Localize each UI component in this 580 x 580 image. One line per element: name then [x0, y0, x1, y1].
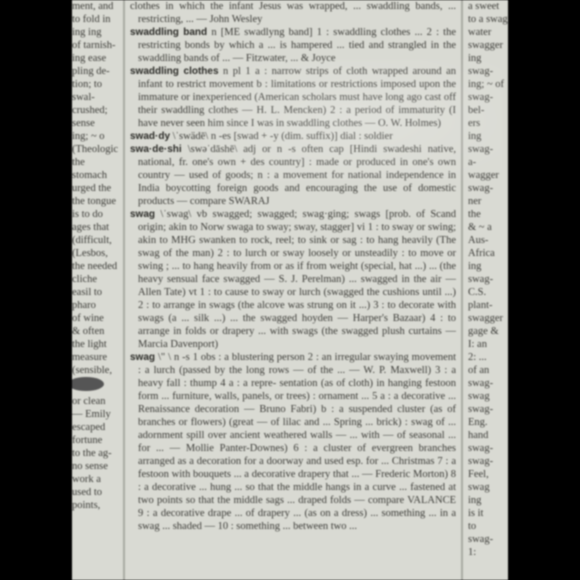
right-column-line: hand — [468, 429, 508, 442]
left-column-line: (Theological — [72, 143, 118, 156]
left-column-line: of tarnish- — [72, 39, 118, 52]
left-column-line: ages that — [72, 221, 118, 234]
right-column-line: swag- — [468, 455, 508, 468]
entry-headword: swad·dy — [130, 131, 170, 142]
left-column-line: fortune — [72, 434, 118, 447]
left-column-line: tion; to — [72, 78, 118, 91]
right-column-line: ing — [468, 130, 508, 143]
entry-definition: clothes in which the infant Jesus was wr… — [130, 1, 456, 25]
right-column-line: water — [468, 26, 508, 39]
left-column-line: ing; ~ o — [72, 130, 118, 143]
left-column-line: stomach — [72, 169, 118, 182]
left-column-line: (sensible, — [72, 364, 118, 377]
entry-definition: \ˈswädē\ n -es [swad + -y (dim. suffix)]… — [173, 131, 393, 142]
right-column-line: Aus- — [468, 234, 508, 247]
column-divider-left — [123, 0, 125, 580]
left-column-line: easil to — [72, 286, 118, 299]
right-column-line: ner — [468, 195, 508, 208]
left-column-line: the tongue — [72, 195, 118, 208]
right-column-line: Africa — [468, 247, 508, 260]
dictionary-entry: swag \" \ n -s 1 obs : a blustering pers… — [130, 351, 456, 533]
right-column-line: swag- — [468, 377, 508, 390]
left-column-line: the — [72, 156, 118, 169]
right-column-line: ers — [468, 117, 508, 130]
right-column-line: I: an — [468, 338, 508, 351]
entry-headword: swaddling band — [130, 27, 207, 38]
right-column-line: swag- — [468, 91, 508, 104]
left-column-line: — Emily — [72, 408, 118, 421]
dictionary-entry: swaddling clothes n pl 1 a : narrow stri… — [130, 65, 456, 130]
right-column-line: the — [468, 208, 508, 221]
right-column-line: to — [468, 520, 508, 533]
left-column-line: the needed — [72, 260, 118, 273]
left-column-line: escaped — [72, 421, 118, 434]
right-column-line: 1: — [468, 546, 508, 559]
left-column-line: urged the — [72, 182, 118, 195]
left-column-line: of wine — [72, 312, 118, 325]
right-column-line: swagger — [468, 312, 508, 325]
right-column-line: a sweet — [468, 0, 508, 13]
left-column-line: swal- — [72, 91, 118, 104]
right-column-line: wagger — [468, 169, 508, 182]
left-column-line: measure — [72, 351, 118, 364]
right-column-line: plant- — [468, 299, 508, 312]
left-column-line: is to do — [72, 208, 118, 221]
left-column-line: to fold in — [72, 13, 118, 26]
left-column-line: cliche — [72, 273, 118, 286]
right-column-line: is it — [468, 507, 508, 520]
right-column-line: bel- — [468, 104, 508, 117]
dictionary-entry: swad·dy \ˈswädē\ n -es [swad + -y (dim. … — [130, 130, 456, 143]
left-column-line: ing ease — [72, 52, 118, 65]
left-column-line: work a — [72, 473, 118, 486]
left-column-line: pharo — [72, 299, 118, 312]
right-column-line: ing; ~ of — [468, 78, 508, 91]
left-column-line: ment, and — [72, 0, 118, 13]
right-column-line: of an — [468, 364, 508, 377]
dictionary-entry: swaddling band n [ME swadlyng band] 1 : … — [130, 26, 456, 65]
dictionary-entry: swa·de·shi \swəˈdāshē\ adj or n -s often… — [130, 143, 456, 208]
right-column-line: swag — [468, 481, 508, 494]
right-column-line: gage & — [468, 325, 508, 338]
right-column-line: & ~ a — [468, 221, 508, 234]
right-column-line: 2: ... — [468, 351, 508, 364]
right-column-line: swag — [468, 390, 508, 403]
oval-mark-icon — [72, 377, 104, 391]
dictionary-entry: swag \ˈswag\ vb swagged; swagged; swag·g… — [130, 208, 456, 351]
right-column-line: swag- — [468, 403, 508, 416]
right-column-line: swag- — [468, 442, 508, 455]
right-column-line: C.S. — [468, 286, 508, 299]
entry-definition: \ˈswag\ vb swagged; swagged; swag·ging; … — [138, 209, 456, 350]
right-column-line: ing — [468, 260, 508, 273]
right-column-line: swag- — [468, 273, 508, 286]
left-column-line: ing ing — [72, 26, 118, 39]
right-column-line: ing — [468, 494, 508, 507]
left-column-line: & often — [72, 325, 118, 338]
left-column-line: crushed; — [72, 104, 118, 117]
left-column-line: pling de- — [72, 65, 118, 78]
right-column-line: swagger — [468, 39, 508, 52]
middle-column: clothes in which the infant Jesus was wr… — [130, 0, 456, 580]
right-column-line: ing — [468, 52, 508, 65]
dictionary-page: ment, andto fold ining ingof tarnish-ing… — [72, 0, 508, 580]
left-column-line: the light — [72, 338, 118, 351]
left-column-line: or clean — [72, 395, 118, 408]
left-column-line: used to — [72, 486, 118, 499]
right-column-line: swag- — [468, 143, 508, 156]
right-column-line: swag- — [468, 65, 508, 78]
left-column-line: no sense — [72, 460, 118, 473]
left-column-line: (difficult, — [72, 234, 118, 247]
entry-headword: swag — [130, 352, 155, 363]
entry-headword: swag — [130, 209, 155, 220]
right-column-line: swag- — [468, 533, 508, 546]
left-column-line: to the ag- — [72, 447, 118, 460]
left-column: ment, andto fold ining ingof tarnish-ing… — [72, 0, 118, 580]
left-column-line — [72, 377, 118, 395]
entry-headword: swa·de·shi — [130, 144, 182, 155]
left-column-line: points, — [72, 499, 118, 512]
left-column-line: (Lesbos, — [72, 247, 118, 260]
dictionary-entry: clothes in which the infant Jesus was wr… — [130, 0, 456, 26]
right-column-line: swag- — [468, 182, 508, 195]
entry-headword: swaddling clothes — [130, 66, 219, 77]
right-column: a sweetto a swagwaterswaggeringswag-ing;… — [468, 0, 508, 580]
right-column-line: a- — [468, 156, 508, 169]
right-column-line: Eng. — [468, 416, 508, 429]
entry-definition: \" \ n -s 1 obs : a blustering person 2 … — [138, 352, 456, 532]
right-column-line: to a swag — [468, 13, 508, 26]
right-column-line: Feel, — [468, 468, 508, 481]
column-divider-right — [461, 0, 463, 580]
entry-definition: \swəˈdāshē\ adj or n -s often cap [Hindi… — [138, 144, 456, 207]
left-column-line: sense — [72, 117, 118, 130]
